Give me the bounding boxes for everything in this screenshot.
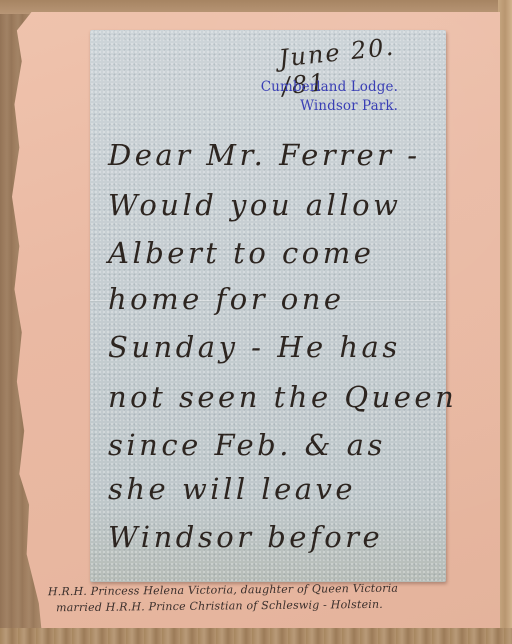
handwritten-line: home for one: [108, 282, 345, 316]
letterhead-line-1: Cumberland Lodge.: [261, 78, 398, 97]
wood-bottom-edge: [0, 628, 512, 644]
letter-paper: June 20. /81 Cumberland Lodge. Windsor P…: [90, 30, 446, 582]
printed-letterhead: Cumberland Lodge. Windsor Park.: [261, 78, 398, 116]
wood-right-edge: [498, 0, 512, 644]
handwritten-line: she will leave: [108, 472, 356, 506]
mount-caption: H.R.H. Princess Helena Victoria, daughte…: [48, 580, 488, 617]
handwritten-line: not seen the Queen: [108, 380, 457, 414]
wood-top-edge: [0, 0, 512, 14]
handwritten-line: Would you allow: [108, 188, 401, 222]
salutation: Dear Mr. Ferrer -: [108, 138, 421, 172]
handwritten-line: Windsor before: [108, 520, 383, 554]
handwritten-line: since Feb. & as: [108, 428, 386, 462]
handwritten-line: Albert to come: [108, 236, 374, 270]
handwritten-line: Sunday - He has: [108, 330, 401, 364]
letterhead-line-2: Windsor Park.: [261, 97, 398, 116]
